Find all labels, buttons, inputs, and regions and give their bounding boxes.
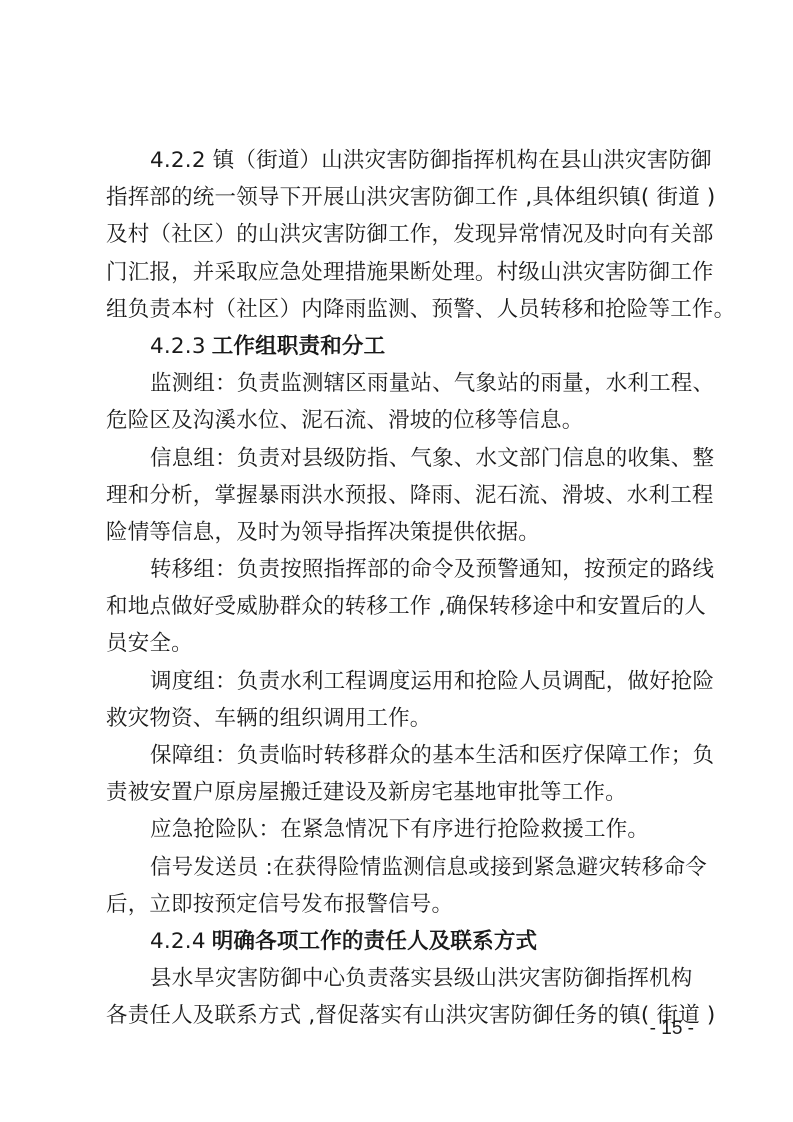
paragraph-line: 救灾物资、车辆的组织调用工作。 (106, 700, 698, 737)
paragraph-line: 信号发送员 :在获得险情监测信息或接到紧急避灾转移命令 (106, 849, 698, 886)
section-heading-4-2-4: 4.2.4明确各项工作的责任人及联系方式 (106, 923, 698, 960)
paragraph-line: 4.2.2 镇（街道）山洪灾害防御指挥机构在县山洪灾害防御 (106, 142, 698, 179)
paragraph-line: 保障组：负责临时转移群众的基本生活和医疗保障工作；负 (106, 737, 698, 774)
paragraph-line: 和地点做好受威胁群众的转移工作 ,确保转移途中和安置后的人 (106, 588, 698, 625)
paragraph-line: 转移组：负责按照指挥部的命令及预警通知，按预定的路线 (106, 551, 698, 588)
paragraph-line: 险情等信息，及时为领导指挥决策提供依据。 (106, 514, 698, 551)
paragraph-line: 县水旱灾害防御中心负责落实县级山洪灾害防御指挥机构 (106, 960, 698, 997)
document-page: 4.2.2 镇（街道）山洪灾害防御指挥机构在县山洪灾害防御 指挥部的统一领导下开… (106, 142, 698, 1035)
paragraph-line: 调度组：负责水利工程调度运用和抢险人员调配，做好抢险 (106, 663, 698, 700)
paragraph-line: 信息组：负责对县级防指、气象、水文部门信息的收集、整 (106, 440, 698, 477)
paragraph-line: 理和分析，掌握暴雨洪水预报、降雨、泥石流、滑坡、水利工程 (106, 477, 698, 514)
paragraph-line: 门汇报，并采取应急处理措施果断处理。村级山洪灾害防御工作 (106, 254, 698, 291)
section-heading-4-2-3: 4.2.3工作组职责和分工 (106, 328, 698, 365)
paragraph-line: 监测组：负责监测辖区雨量站、气象站的雨量，水利工程、 (106, 365, 698, 402)
paragraph-line: 组负责本村（社区）内降雨监测、预警、人员转移和抢险等工作。 (106, 291, 698, 328)
section-title: 工作组职责和分工 (212, 334, 386, 359)
section-number: 4.2.4 (150, 929, 206, 954)
section-number: 4.2.3 (150, 334, 206, 359)
paragraph-line: 员安全。 (106, 625, 698, 662)
paragraph-line: 责被安置户原房屋搬迁建设及新房宅基地审批等工作。 (106, 774, 698, 811)
page-number: - 15 - (650, 1018, 694, 1040)
paragraph-line: 指挥部的统一领导下开展山洪灾害防御工作 ,具体组织镇( 街道 ) (106, 179, 698, 216)
section-title: 明确各项工作的责任人及联系方式 (212, 929, 538, 954)
paragraph-line: 应急抢险队：在紧急情况下有序进行抢险救援工作。 (106, 811, 698, 848)
paragraph-line: 后，立即按预定信号发布报警信号。 (106, 886, 698, 923)
paragraph-line: 及村（社区）的山洪灾害防御工作，发现异常情况及时向有关部 (106, 216, 698, 253)
paragraph-line: 危险区及沟溪水位、泥石流、滑坡的位移等信息。 (106, 402, 698, 439)
paragraph-line: 各责任人及联系方式 ,督促落实有山洪灾害防御任务的镇( 街道 ) (106, 997, 698, 1034)
